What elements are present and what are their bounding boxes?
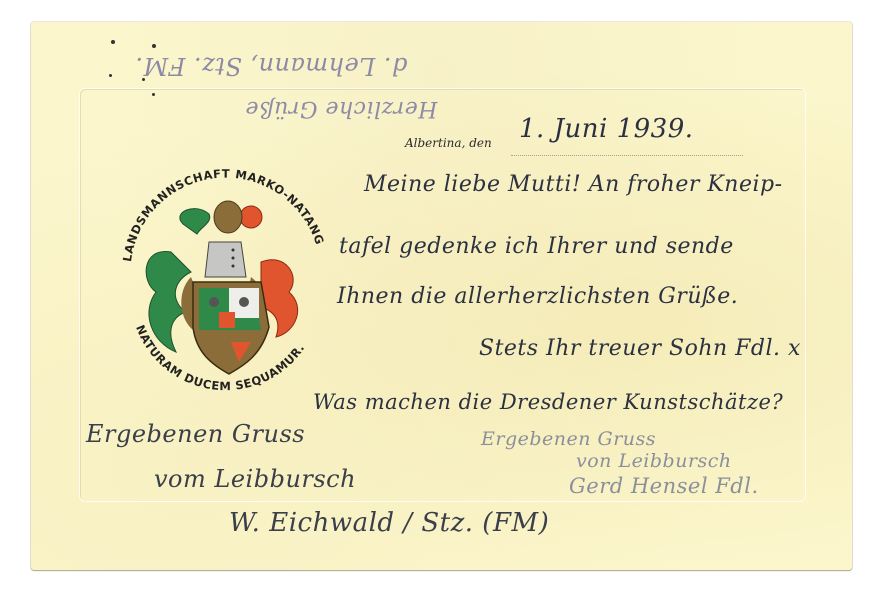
ink-speck <box>109 74 112 77</box>
letter-line-4: Stets Ihr treuer Sohn Fdl. x <box>479 336 801 361</box>
letter-line-2: tafel gedenke ich Ihrer und sende <box>339 234 734 259</box>
ink-speck <box>152 93 155 96</box>
crest-icon: LANDSMANNSCHAFT MARKO-NATANGIA NATURAM D… <box>101 152 341 412</box>
pencil-greeting-1: Ergebenen Gruss <box>481 428 656 450</box>
ink-speck <box>111 40 115 44</box>
left-greeting-1: Ergebenen Gruss <box>86 420 305 448</box>
pencil-greeting-2: von Leibbursch <box>576 450 732 472</box>
date-dotted-line <box>511 155 743 156</box>
letter-line-3: Ihnen die allerherzlichsten Grüße. <box>337 284 738 309</box>
coat-of-arms: LANDSMANNSCHAFT MARKO-NATANGIA NATURAM D… <box>101 152 341 412</box>
left-greeting-signature: W. Eichwald / Stz. (FM) <box>229 508 549 538</box>
upside-down-note-2: d. Lehmann, Stz. FM. <box>135 52 407 80</box>
printed-place-label: Albertina, den <box>405 136 492 150</box>
handwritten-date: 1. Juni 1939. <box>519 114 694 144</box>
pencil-greeting-3: Gerd Hensel Fdl. <box>569 474 759 498</box>
ink-speck <box>152 44 156 48</box>
left-greeting-2: vom Leibbursch <box>154 465 356 493</box>
letter-line-1: Meine liebe Mutti! An froher Kneip- <box>364 172 783 197</box>
upside-down-note-1: Herzliche Grüße <box>245 96 437 121</box>
postcard: d. Lehmann, Stz. FM. Herzliche Grüße LAN… <box>31 22 852 570</box>
letter-line-5: Was machen die Dresdener Kunstschätze? <box>313 390 783 414</box>
